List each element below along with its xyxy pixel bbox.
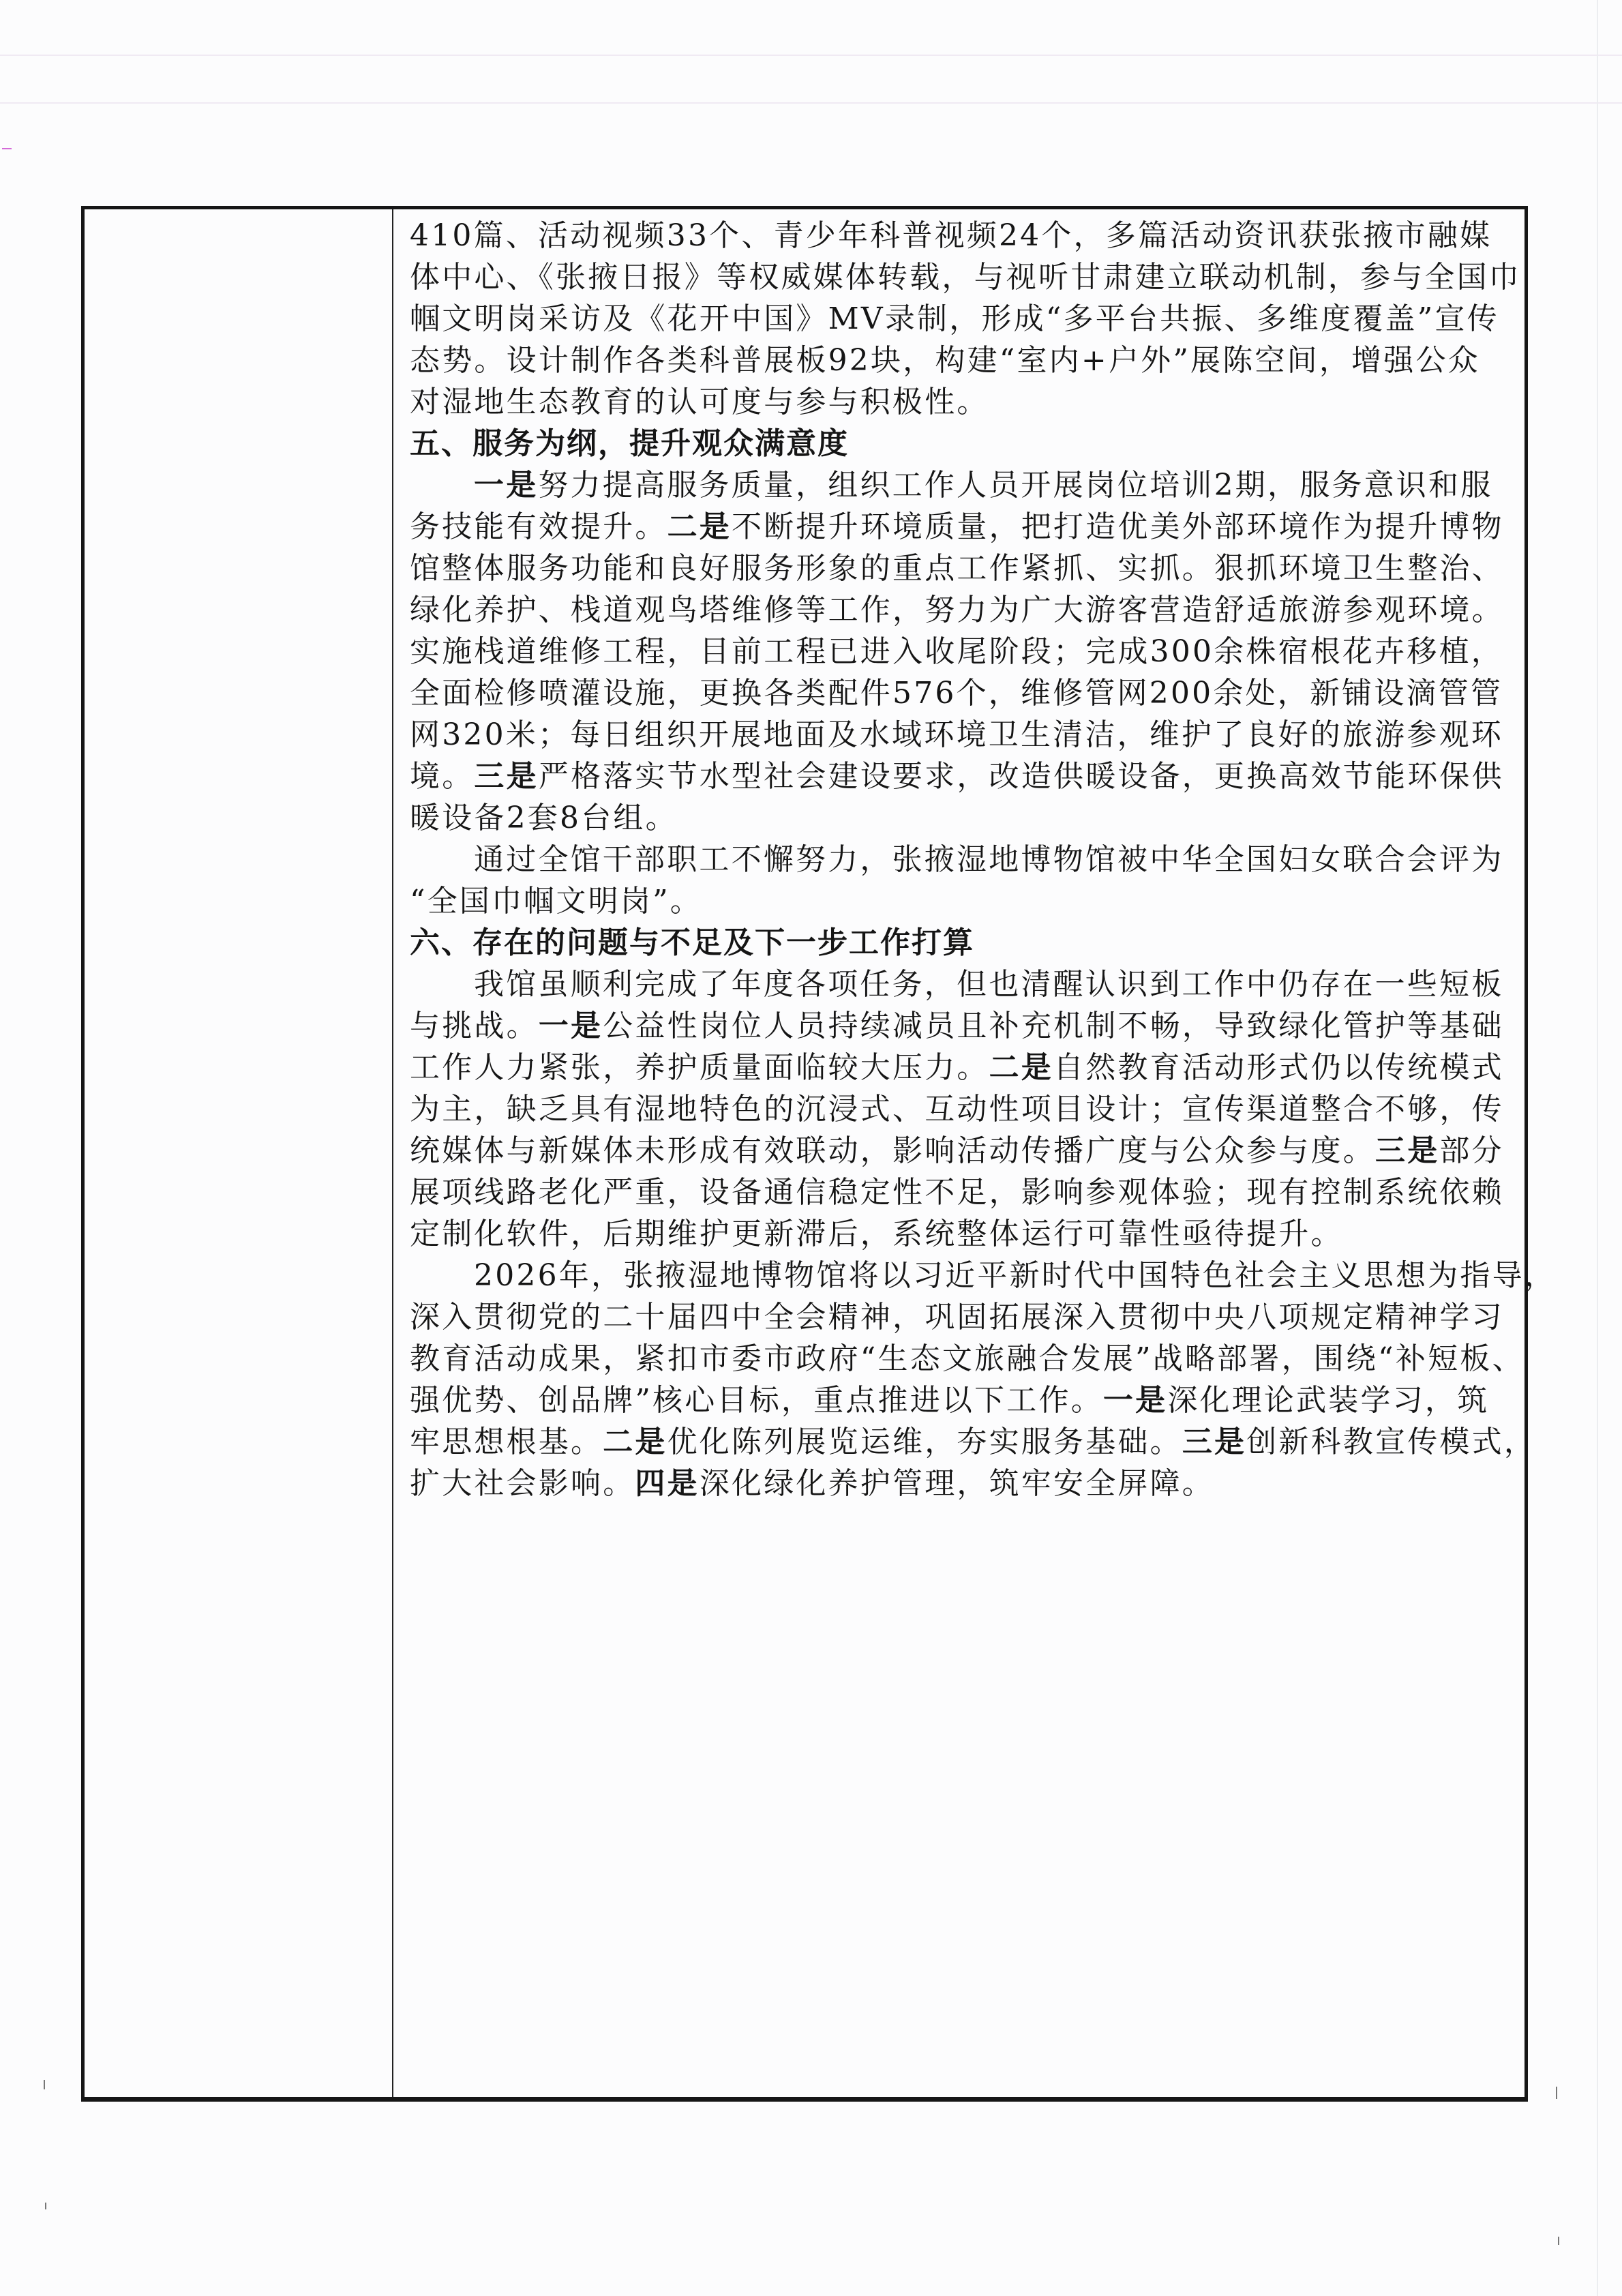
scan-artifact-line	[0, 102, 1622, 104]
emphasis-marker: 三是	[474, 759, 538, 794]
scan-speck	[1556, 2087, 1557, 2099]
text-line: 对湿地生态教育的认可度与参与积极性。	[410, 381, 1521, 423]
line-text: 强优势、创品牌”核心目标，重点推进以下工作。	[410, 1383, 1103, 1418]
line-text: 绿化养护、栈道观鸟塔维修等工作，努力为广大游客营造舒适旅游参观环境。	[410, 593, 1504, 627]
line-text: 我馆虽顺利完成了年度各项任务，但也清醒认识到工作中仍存在一些短板	[474, 967, 1503, 1002]
section-heading: 五、服务为纲，提升观众满意度	[410, 423, 1521, 464]
line-text: 实施栈道维修工程，目前工程已进入收尾阶段；完成300余株宿根花卉移植，	[410, 634, 1503, 669]
line-text: 展项线路老化严重，设备通信稳定性不足，影响参观体验；现有控制系统依赖	[410, 1175, 1504, 1210]
line-text: 部分	[1439, 1133, 1503, 1168]
line-text: 对湿地生态教育的认可度与参与积极性。	[410, 385, 989, 419]
line-text: 与挑战。	[410, 1009, 539, 1043]
line-text: 暖设备2套8台组。	[410, 801, 678, 835]
text-line: “全国巾帼文明岗”。	[410, 880, 1521, 922]
text-line: 扩大社会影响。四是深化绿化养护管理，筑牢安全屏障。	[410, 1463, 1521, 1504]
text-line: 网320米；每日组织开展地面及水域环境卫生清洁，维护了良好的旅游参观环	[410, 714, 1521, 756]
line-text: 馆整体服务功能和良好服务形象的重点工作紧抓、实抓。狠抓环境卫生整治、	[410, 551, 1504, 586]
line-text: 五、服务为纲，提升观众满意度	[410, 426, 849, 461]
text-line: 绿化养护、栈道观鸟塔维修等工作，努力为广大游客营造舒适旅游参观环境。	[410, 589, 1521, 631]
text-line: 馆整体服务功能和良好服务形象的重点工作紧抓、实抓。狠抓环境卫生整治、	[410, 548, 1521, 589]
line-text: 全面检修喷灌设施，更换各类配件576个，维修管网200余处，新铺设滴管管	[410, 676, 1503, 711]
scan-artifact-line	[0, 55, 1622, 56]
line-text: 自然教育活动形式仍以传统模式	[1053, 1050, 1504, 1085]
line-text: 牢思想根基。	[410, 1425, 603, 1459]
text-line: 通过全馆干部职工不懈努力，张掖湿地博物馆被中华全国妇女联合会评为	[410, 839, 1521, 880]
emphasis-marker: 一是	[539, 1009, 603, 1043]
line-text: 为主，缺乏具有湿地特色的沉浸式、互动性项目设计；宣传渠道整合不够，传	[410, 1092, 1504, 1127]
column-divider	[392, 209, 393, 2097]
scan-speck	[44, 2080, 45, 2089]
line-text: 帼文明岗采访及《花开中国》MV录制，形成“多平台共振、多维度覆盖”宣传	[410, 301, 1499, 336]
text-line: 帼文明岗采访及《花开中国》MV录制，形成“多平台共振、多维度覆盖”宣传	[410, 298, 1521, 340]
emphasis-marker: 二是	[603, 1425, 667, 1459]
text-line: 深入贯彻党的二十届四中全会精神，巩固拓展深入贯彻中央八项规定精神学习	[410, 1296, 1521, 1338]
text-line: 暖设备2套8台组。	[410, 797, 1521, 839]
text-line: 统媒体与新媒体未形成有效联动，影响活动传播广度与公众参与度。三是部分	[410, 1130, 1521, 1172]
emphasis-marker: 三是	[1375, 1133, 1439, 1168]
emphasis-marker: 一是	[1103, 1383, 1167, 1418]
line-text: 态势。设计制作各类科普展板92块，构建“室内+户外”展陈空间，增强公众	[410, 343, 1480, 378]
text-line: 态势。设计制作各类科普展板92块，构建“室内+户外”展陈空间，增强公众	[410, 340, 1521, 381]
text-line: 牢思想根基。二是优化陈列展览运维，夯实服务基础。三是创新科教宣传模式，	[410, 1421, 1521, 1463]
line-text: 不断提升环境质量，把打造优美外部环境作为提升博物	[732, 509, 1504, 544]
scan-speck	[1558, 2237, 1559, 2245]
line-text: 2026年，张掖湿地博物馆将以习近平新时代中国特色社会主义思想为指导，	[474, 1258, 1557, 1293]
line-text: 410篇、活动视频33个、青少年科普视频24个，多篇活动资讯获张掖市融媒	[410, 218, 1492, 253]
text-line: 为主，缺乏具有湿地特色的沉浸式、互动性项目设计；宣传渠道整合不够，传	[410, 1088, 1521, 1130]
text-line: 全面检修喷灌设施，更换各类配件576个，维修管网200余处，新铺设滴管管	[410, 672, 1521, 714]
line-text: 严格落实节水型社会建设要求，改造供暖设备，更换高效节能环保供	[539, 759, 1504, 794]
text-line: 实施栈道维修工程，目前工程已进入收尾阶段；完成300余株宿根花卉移植，	[410, 631, 1521, 672]
line-text: 深入贯彻党的二十届四中全会精神，巩固拓展深入贯彻中央八项规定精神学习	[410, 1300, 1504, 1335]
section-heading: 六、存在的问题与不足及下一步工作打算	[410, 922, 1521, 964]
line-text: 体中心、《张掖日报》等权威媒体转载，与视听甘肃建立联动机制，参与全国巾	[410, 260, 1521, 295]
text-line: 410篇、活动视频33个、青少年科普视频24个，多篇活动资讯获张掖市融媒	[410, 215, 1521, 256]
scan-speck	[45, 2203, 46, 2209]
line-text: 优化陈列展览运维，夯实服务基础。	[667, 1425, 1182, 1459]
text-line: 教育活动成果，紧扣市委市政府“生态文旅融合发展”战略部署，围绕“补短板、	[410, 1338, 1521, 1380]
text-line: 境。三是严格落实节水型社会建设要求，改造供暖设备，更换高效节能环保供	[410, 756, 1521, 797]
text-line: 务技能有效提升。二是不断提升环境质量，把打造优美外部环境作为提升博物	[410, 506, 1521, 548]
text-line: 与挑战。一是公益性岗位人员持续减员且补充机制不畅，导致绿化管护等基础	[410, 1005, 1521, 1047]
line-text: 网320米；每日组织开展地面及水域环境卫生清洁，维护了良好的旅游参观环	[410, 717, 1503, 752]
line-text: 努力提高服务质量，组织工作人员开展岗位培训2期，服务意识和服	[538, 468, 1492, 503]
text-line: 强优势、创品牌”核心目标，重点推进以下工作。一是深化理论武装学习，筑	[410, 1380, 1521, 1421]
line-text: 创新科教宣传模式，	[1246, 1425, 1536, 1459]
text-line: 展项线路老化严重，设备通信稳定性不足，影响参观体验；现有控制系统依赖	[410, 1172, 1521, 1213]
text-line: 一是努力提高服务质量，组织工作人员开展岗位培训2期，服务意识和服	[410, 464, 1521, 506]
line-text: 务技能有效提升。	[410, 509, 667, 544]
line-text: “全国巾帼文明岗”。	[410, 884, 702, 919]
emphasis-marker: 二是	[667, 509, 732, 544]
scan-edge-line	[1597, 0, 1598, 2296]
line-text: 统媒体与新媒体未形成有效联动，影响活动传播广度与公众参与度。	[410, 1133, 1375, 1168]
report-table: 410篇、活动视频33个、青少年科普视频24个，多篇活动资讯获张掖市融媒体中心、…	[81, 206, 1528, 2102]
line-text: 定制化软件，后期维护更新滞后，系统整体运行可靠性亟待提升。	[410, 1217, 1343, 1251]
margin-mark	[2, 148, 12, 149]
text-line: 2026年，张掖湿地博物馆将以习近平新时代中国特色社会主义思想为指导，	[410, 1255, 1521, 1296]
line-text: 扩大社会影响。	[410, 1466, 635, 1501]
text-line: 体中心、《张掖日报》等权威媒体转载，与视听甘肃建立联动机制，参与全国巾	[410, 256, 1521, 298]
line-text: 深化理论武装学习，筑	[1167, 1383, 1489, 1418]
line-text: 教育活动成果，紧扣市委市政府“生态文旅融合发展”战略部署，围绕“补短板、	[410, 1341, 1525, 1376]
text-line: 定制化软件，后期维护更新滞后，系统整体运行可靠性亟待提升。	[410, 1213, 1521, 1255]
emphasis-marker: 二是	[989, 1050, 1053, 1085]
text-line: 工作人力紧张，养护质量面临较大压力。二是自然教育活动形式仍以传统模式	[410, 1047, 1521, 1088]
text-line: 我馆虽顺利完成了年度各项任务，但也清醒认识到工作中仍存在一些短板	[410, 964, 1521, 1005]
line-text: 六、存在的问题与不足及下一步工作打算	[410, 925, 974, 960]
left-label-cell	[85, 209, 392, 2097]
line-text: 深化绿化养护管理，筑牢安全屏障。	[700, 1466, 1214, 1501]
line-text: 通过全馆干部职工不懈努力，张掖湿地博物馆被中华全国妇女联合会评为	[474, 842, 1503, 877]
line-text: 公益性岗位人员持续减员且补充机制不畅，导致绿化管护等基础	[603, 1009, 1504, 1043]
line-text: 境。	[410, 759, 474, 794]
emphasis-marker: 一是	[474, 468, 538, 503]
line-text: 工作人力紧张，养护质量面临较大压力。	[410, 1050, 989, 1085]
report-content-cell: 410篇、活动视频33个、青少年科普视频24个，多篇活动资讯获张掖市融媒体中心、…	[410, 215, 1521, 1504]
emphasis-marker: 四是	[635, 1466, 699, 1501]
emphasis-marker: 三是	[1182, 1425, 1246, 1459]
